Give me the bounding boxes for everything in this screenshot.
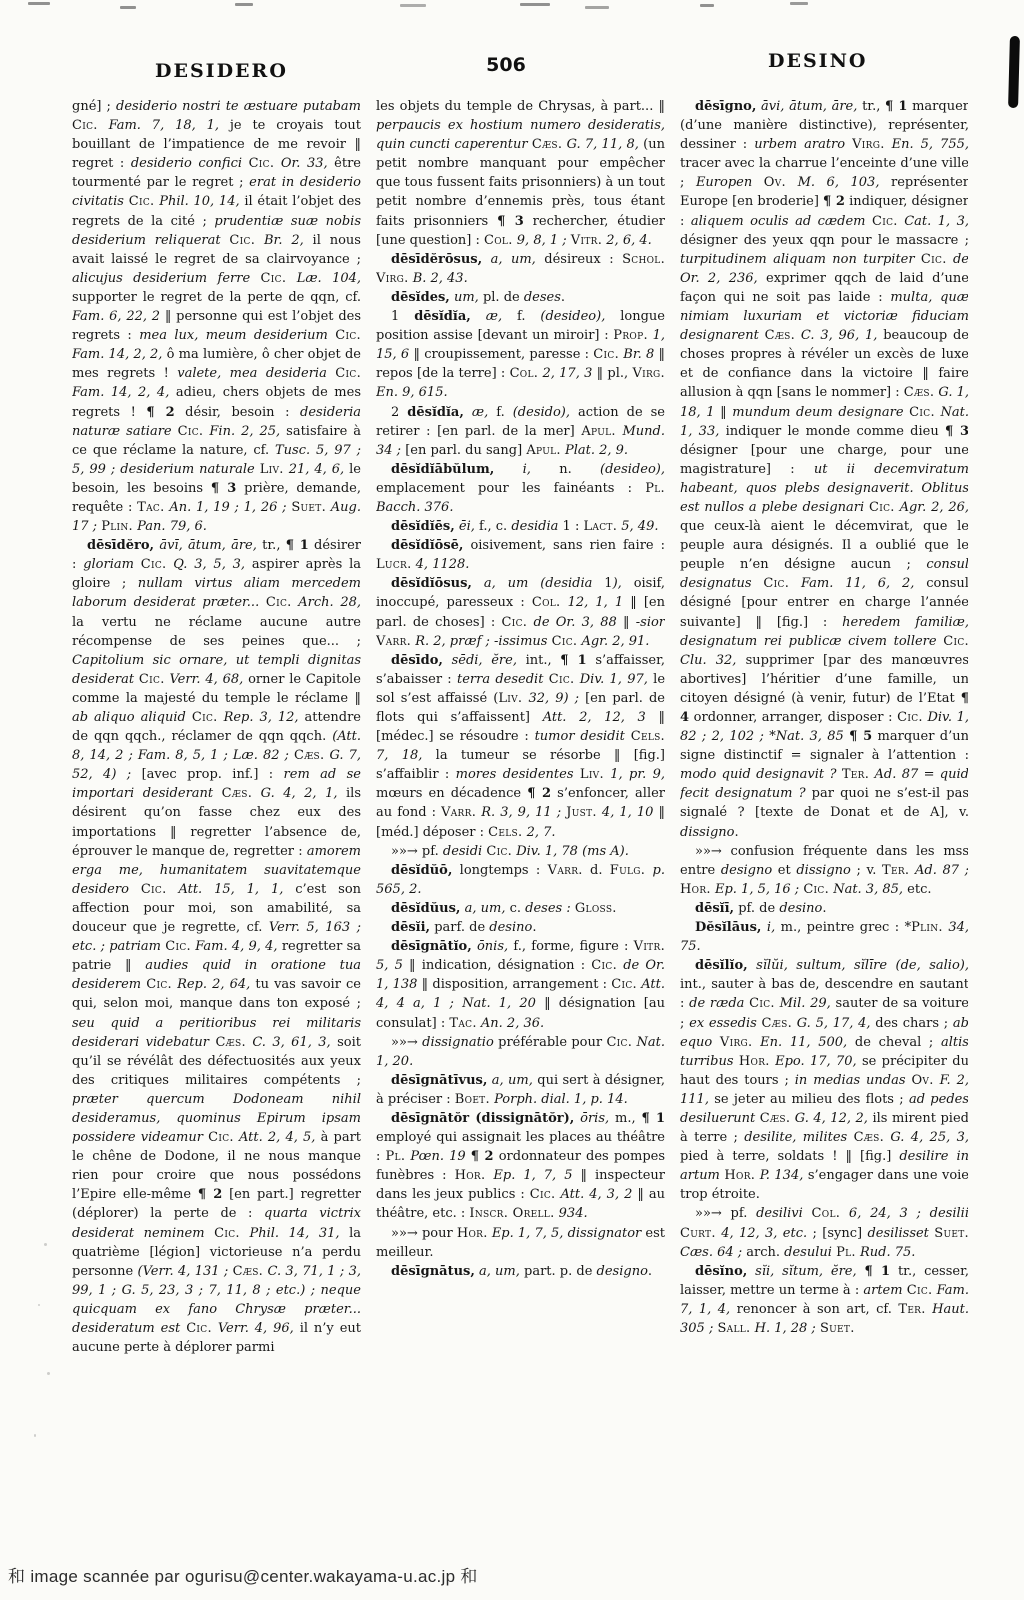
text-run: Cic. xyxy=(178,424,204,439)
text-run xyxy=(98,118,109,133)
dictionary-paragraph: dēsīgnātīvus, a, um, qui sert à désigner… xyxy=(376,1071,665,1109)
text-run: Cic. xyxy=(186,1321,212,1336)
text-run: »»→ pour xyxy=(391,1226,457,1241)
text-run: Pl. xyxy=(386,1149,406,1164)
text-run xyxy=(747,1264,755,1279)
text-run: Nat. 3, 85, xyxy=(833,882,903,897)
text-run: Cic. xyxy=(530,1187,556,1202)
text-run: Cic. xyxy=(869,500,895,515)
text-run: ¶ 1 xyxy=(865,1264,891,1279)
text-run: . xyxy=(822,901,826,916)
text-run: Q. 3, 5, 3, xyxy=(173,557,245,572)
scan-speck xyxy=(47,1372,50,1375)
text-run xyxy=(286,271,296,286)
text-run: Agr. 2, 26, xyxy=(900,500,968,515)
text-run: Varr. xyxy=(548,863,583,878)
text-run: dissignator xyxy=(568,1226,642,1241)
text-run xyxy=(712,1035,720,1050)
text-run: Rep. 2, 64, xyxy=(177,977,250,992)
text-run: Liv. xyxy=(260,462,284,477)
text-run: oisivement, sans rien faire : xyxy=(463,538,665,553)
text-run: Cic. xyxy=(141,882,167,897)
text-run: Ter. xyxy=(882,863,909,878)
text-run: Just. xyxy=(566,805,597,820)
text-run: Inscr. Orell. xyxy=(469,1206,554,1221)
text-run xyxy=(443,653,452,668)
text-run: 1 xyxy=(391,309,414,324)
scan-edge-dash xyxy=(28,2,50,5)
dictionary-paragraph: dēsĭdes, um, pl. de deses. xyxy=(376,288,665,307)
text-run: ‖ xyxy=(617,615,636,630)
text-run: Cic. xyxy=(214,1226,240,1241)
text-run: Br. 2, xyxy=(264,233,304,248)
text-run: Vitr. xyxy=(634,939,665,954)
text-run: C. 3, 61, 3, xyxy=(252,1035,330,1050)
text-run: Rud. 75. xyxy=(860,1245,915,1260)
text-run: i, xyxy=(523,462,531,477)
text-run: Cic. xyxy=(591,958,617,973)
text-run: Lucr. xyxy=(376,557,412,572)
text-run: ¶ 2 xyxy=(198,1187,222,1202)
text-run: désireux : xyxy=(536,252,622,267)
dictionary-paragraph: dēsĭi, parf. de desino. xyxy=(376,918,665,937)
text-run xyxy=(752,175,764,190)
text-run: Cic. xyxy=(606,1035,632,1050)
text-run: Prop. xyxy=(613,328,648,343)
text-run: um, xyxy=(454,290,479,305)
text-run: Cat. 1, 3, xyxy=(904,214,968,229)
text-run: Cic. xyxy=(943,634,968,649)
dictionary-columns: gné] ; desiderio nostri te æstuare putab… xyxy=(72,97,968,1549)
text-run: f. xyxy=(502,309,540,324)
text-run: Virg. xyxy=(632,366,665,381)
text-run: Fulg. xyxy=(610,863,645,878)
text-run: Vitr. xyxy=(571,233,602,248)
text-run: tumor desidit xyxy=(535,729,625,744)
text-run: dēsĭdĭa, xyxy=(414,309,471,324)
text-run: a, um, xyxy=(465,901,506,916)
text-run: d. xyxy=(583,863,610,878)
text-run: 4, 1128. xyxy=(416,557,470,572)
dictionary-paragraph: dēsĭdŭō, longtemps : Varr. d. Fulg. p. 5… xyxy=(376,861,665,899)
text-run: a, um, xyxy=(491,252,536,267)
text-run: Fam. 11, 6, 2, xyxy=(801,576,914,591)
text-run: mœurs en décadence xyxy=(376,786,527,801)
text-run: āvi, ātum, āre, xyxy=(761,99,857,114)
scan-edge-dash xyxy=(235,3,253,6)
dictionary-paragraph: 1 dēsĭdĭa, æ, f. (desideo), longue posit… xyxy=(376,307,665,402)
text-run: 1 xyxy=(592,576,612,591)
text-run: ‖ disposition, arrangement : xyxy=(417,977,611,992)
text-run: Cæs. xyxy=(294,748,324,763)
text-run xyxy=(482,252,490,267)
text-run: de ræda xyxy=(689,996,744,1011)
text-run: Cic. xyxy=(872,214,898,229)
text-run xyxy=(167,882,179,897)
dictionary-paragraph: dēsĭdĭōsē, oisivement, sans rien faire :… xyxy=(376,536,665,574)
text-run: 2 xyxy=(391,405,407,420)
column-right: dēsīgno, āvi, ātum, āre, tr., ¶ 1 marque… xyxy=(680,97,968,1549)
text-run: designo xyxy=(597,1264,648,1279)
text-run: An. 2, 36. xyxy=(481,1016,544,1031)
text-run: M. 6, 103, xyxy=(798,175,880,190)
text-run xyxy=(129,882,141,897)
text-run: Att. 15, 1, 1, xyxy=(178,882,283,897)
text-run: supporter le regret de la perte de qqn, … xyxy=(72,290,361,305)
text-run: Clu. 32, xyxy=(680,653,736,668)
dictionary-paragraph: dēsīdĕrōsus, a, um, désireux : Schol. Vi… xyxy=(376,250,665,288)
text-run: la vertu ne réclame aucune autre récompe… xyxy=(72,615,361,649)
text-run: arch. xyxy=(742,1245,784,1260)
text-run: Suet. xyxy=(934,1226,968,1241)
text-run: . xyxy=(532,920,536,935)
dictionary-paragraph: »»→ dissignatio préférable pour Cic. Nat… xyxy=(376,1033,665,1071)
text-run xyxy=(252,786,261,801)
dictionary-paragraph: 2 dēsĭdĭa, æ, f. (desido), action de se … xyxy=(376,403,665,460)
text-run: G. 7, 11, 8, xyxy=(567,137,639,152)
text-run: ¶ 3 xyxy=(945,424,968,439)
text-run: 1 : xyxy=(558,519,583,534)
text-run: Cic. xyxy=(803,882,829,897)
text-run xyxy=(840,1206,849,1221)
dictionary-paragraph: dēsīgnātus, a, um, part. p. de designo. xyxy=(376,1262,665,1281)
scan-speck xyxy=(44,1243,47,1246)
text-run: 1, pr. 9, xyxy=(610,767,665,782)
text-run: dēsĭdes, xyxy=(391,290,450,305)
text-run: 4, 12, 3, etc. xyxy=(721,1226,807,1241)
text-run: Cic. xyxy=(909,405,935,420)
text-run: Verr. 4, 68, xyxy=(169,672,243,687)
text-run: Or. 33, xyxy=(281,156,328,171)
text-run: Ep. 1, 7, 5 xyxy=(493,1168,572,1183)
dictionary-paragraph: dēsĭī, pf. de desino. xyxy=(680,899,968,918)
text-run xyxy=(494,462,522,477)
text-run: (desido), xyxy=(513,405,570,420)
text-run: gloriam xyxy=(83,557,134,572)
text-run: desino xyxy=(779,901,822,916)
dictionary-page: DESIDERO 506 DESINO gné] ; desiderio nos… xyxy=(0,0,1024,1600)
text-run: 5, 5 xyxy=(376,958,403,973)
text-run: Att. 4, 3, 2 xyxy=(561,1187,633,1202)
text-run: Hor. xyxy=(455,1168,486,1183)
text-run: Pl. xyxy=(645,481,665,496)
text-run: Gloss. xyxy=(575,901,617,916)
text-run: [avec prop. inf.] : xyxy=(131,767,283,782)
text-run: 9, 8, 1 ; xyxy=(517,233,567,248)
text-run: Epo. 17, 70, xyxy=(775,1054,857,1069)
text-run: Col. xyxy=(484,233,513,248)
text-run: designo xyxy=(721,863,772,878)
text-run: desidia xyxy=(511,519,558,534)
text-run: Cic. xyxy=(266,595,292,610)
text-run: patriam xyxy=(109,939,161,954)
text-run: Cic. xyxy=(261,271,287,286)
dictionary-paragraph: »»→ pf. desilivi Col. 6, 24, 3 ; desilii… xyxy=(680,1204,968,1261)
text-run: ¶ 1 xyxy=(560,653,586,668)
text-run: modo quid designavit ? xyxy=(680,767,836,782)
text-run: 32, 9) ; xyxy=(528,691,579,706)
text-run: En. 9, 615. xyxy=(376,385,448,400)
text-run: desilisset xyxy=(867,1226,928,1241)
text-run: parf. de xyxy=(430,920,489,935)
dictionary-paragraph: gné] ; desiderio nostri te æstuare putab… xyxy=(72,97,361,536)
text-run: Att. 2, 12, 3 xyxy=(543,710,646,725)
text-run: Plin. xyxy=(101,519,133,534)
text-run: artem xyxy=(863,1283,902,1298)
text-run: Liv. xyxy=(580,767,604,782)
text-run: Læ. 104, xyxy=(297,271,361,286)
column-left: gné] ; desiderio nostri te æstuare putab… xyxy=(72,97,361,1549)
text-run: deses : xyxy=(525,901,571,916)
text-run: ¶ 1 xyxy=(286,538,309,553)
text-run: dēsīgnātĭo, xyxy=(391,939,472,954)
text-run: æ, xyxy=(472,405,488,420)
text-run: R. 3, 9, 11 ; xyxy=(481,805,561,820)
text-run: Cic. xyxy=(335,328,361,343)
text-run: 4, 1, 10 xyxy=(602,805,654,820)
text-run: Varr. xyxy=(376,634,411,649)
text-run: ¶ 3 xyxy=(211,481,237,496)
text-run: Ter. xyxy=(898,1302,925,1317)
text-run: (desideo), xyxy=(540,309,605,324)
text-run: désigner des yeux qqn pour le massacre ; xyxy=(680,233,968,248)
text-run: Verr. 4, 96, xyxy=(218,1321,294,1336)
text-run: 12, 1, 1 xyxy=(568,595,624,610)
text-run: indiquer le monde comme dieu xyxy=(719,424,945,439)
text-run: Fam. 4, 9, 4, xyxy=(195,939,277,954)
text-run: āvī, ātum, āre, xyxy=(159,538,257,553)
text-run: désir, besoin : xyxy=(175,405,300,420)
text-run: Cic. xyxy=(749,996,775,1011)
text-run: Fam. 7, 18, 1, xyxy=(109,118,219,133)
text-run: f., forme, figure : xyxy=(508,939,633,954)
text-run: Liv. xyxy=(498,691,522,706)
text-run: ¶ 1 xyxy=(641,1111,665,1126)
text-run: Cic. xyxy=(146,977,172,992)
text-run: des chars ; xyxy=(871,1016,953,1031)
text-run: n. xyxy=(531,462,600,477)
text-run: Ter. xyxy=(842,767,869,782)
text-run xyxy=(789,576,801,591)
text-run: dēsĭdĭābŭlum, xyxy=(391,462,494,477)
text-run: Cic. xyxy=(502,615,528,630)
text-run: valete, mea desideria xyxy=(177,366,327,381)
text-run xyxy=(134,557,141,572)
scan-edge-dash xyxy=(585,6,609,9)
text-run xyxy=(560,595,567,610)
text-run: Cic. xyxy=(921,252,947,267)
text-run: Dĕsĭlāus, xyxy=(695,920,761,935)
text-run: Cic. xyxy=(763,576,789,591)
text-run: alicujus desiderium ferre xyxy=(72,271,250,286)
text-run: Tac. xyxy=(449,1016,476,1031)
text-run: G. 4, 25, 3, xyxy=(890,1130,968,1145)
dictionary-paragraph: dēsīgnātĭo, ōnis, f., forme, figure : Vi… xyxy=(376,937,665,1032)
text-run: de cheval ; xyxy=(847,1035,941,1050)
text-run: Lact. xyxy=(583,519,617,534)
text-run: int., xyxy=(517,653,560,668)
text-run: ‖ xyxy=(715,405,733,420)
dictionary-paragraph: les objets du temple de Chrysas, à part.… xyxy=(376,97,665,250)
text-run: Arch. 28, xyxy=(298,595,361,610)
text-run: dēsĭdŭō, xyxy=(391,863,452,878)
text-run: æ, xyxy=(486,309,502,324)
text-run: Cæs. xyxy=(765,328,795,343)
text-run: dēsĭī, xyxy=(695,901,734,916)
text-run: Cic. xyxy=(139,672,165,687)
text-run: ex essedis xyxy=(689,1016,757,1031)
text-run: Col. xyxy=(812,1206,841,1221)
text-run: Cæs. xyxy=(532,137,562,152)
text-run: tr., xyxy=(857,99,885,114)
text-run: Agr. 2, 91. xyxy=(581,634,649,649)
text-run: Plat. 2, 9. xyxy=(565,443,628,458)
text-run: Virg. xyxy=(720,1035,753,1050)
text-run: En. 5, 755, xyxy=(892,137,968,152)
text-run: dēsĭdŭus, xyxy=(391,901,460,916)
dictionary-paragraph: »»→ pf. desidi Cic. Div. 1, 78 (ms A). xyxy=(376,842,665,861)
text-run: ¶ 2 xyxy=(823,194,845,209)
text-run: ¶ 2 xyxy=(471,1149,494,1164)
dictionary-paragraph: dēsĭdĭōsus, a, um (desidia 1), oisif, in… xyxy=(376,574,665,650)
text-run: part. p. de xyxy=(520,1264,597,1279)
text-run: ¶ 1 xyxy=(885,99,907,114)
text-run: -issimus xyxy=(494,634,547,649)
text-run xyxy=(857,1264,865,1279)
text-run: (desideo), xyxy=(600,462,665,477)
text-run xyxy=(205,1226,215,1241)
text-run xyxy=(472,576,484,591)
text-run: longtemps : xyxy=(452,863,547,878)
dictionary-paragraph: dēsĭdĭēs, ēi, f., c. desidia 1 : Lact. 5… xyxy=(376,517,665,536)
text-run: Ov. xyxy=(764,175,786,190)
text-run: [en parl. du sang] xyxy=(401,443,526,458)
text-run: Cic. xyxy=(907,1283,933,1298)
running-head-right: DESINO xyxy=(768,50,868,72)
text-run: mea lux, meum desiderium xyxy=(139,328,328,343)
text-run: sĭi, sĭtum, ĕre, xyxy=(755,1264,856,1279)
text-run: Att. 2, 4, 5, xyxy=(239,1130,315,1145)
text-run: dēsīdo, xyxy=(391,653,443,668)
text-run: les objets du temple de Chrysas, à part.… xyxy=(376,99,665,114)
text-run: -sior xyxy=(636,615,665,630)
scan-artifact-mark xyxy=(1008,36,1020,108)
text-run: a, um, xyxy=(492,1073,533,1088)
text-run: Cæs. xyxy=(762,1016,792,1031)
text-run: Cæs. xyxy=(233,1264,263,1279)
text-run: Fin. 2, 25, xyxy=(209,424,280,439)
text-run xyxy=(803,1206,812,1221)
text-run xyxy=(255,233,264,248)
text-run: f., c. xyxy=(475,519,511,534)
text-run: Pœn. 19 xyxy=(410,1149,465,1164)
text-run xyxy=(464,405,472,420)
text-run: . xyxy=(648,1264,652,1279)
text-run: Plin. xyxy=(911,920,943,935)
text-run: Phil. 10, 14, xyxy=(159,194,239,209)
text-run: = xyxy=(918,767,940,782)
text-run: ab aliquo aliquid xyxy=(72,710,186,725)
text-run: gné] ; xyxy=(72,99,116,114)
text-run: Europen xyxy=(696,175,752,190)
text-run: mundum deum designare xyxy=(732,405,903,420)
text-run: pied à terre, soldats ! ‖ [fig.] xyxy=(680,1149,899,1164)
text-run: Cæs. xyxy=(222,786,252,801)
text-run: emplacement pour les fainéants : xyxy=(376,481,645,496)
text-run: Rep. 3, 12, xyxy=(224,710,299,725)
text-run: mores desidentes xyxy=(456,767,574,782)
text-run: Suet. xyxy=(820,1321,855,1336)
text-run: Tac. xyxy=(137,500,164,515)
text-run: Cæs. xyxy=(904,385,934,400)
text-run: deses xyxy=(524,290,561,305)
text-run: Cic. xyxy=(611,977,637,992)
text-run: Hor. xyxy=(457,1226,488,1241)
text-run: Varr. xyxy=(441,805,476,820)
text-run: 21, 4, 6, xyxy=(289,462,344,477)
text-run: ¶ 2 xyxy=(527,786,551,801)
text-run: P. 134, xyxy=(760,1168,804,1183)
text-run: ¶ 2 xyxy=(146,405,174,420)
text-run: dēsĭdĭa, xyxy=(407,405,464,420)
scan-speck xyxy=(38,1304,40,1306)
text-run: dissignatio xyxy=(422,1035,494,1050)
text-run: Ep. 1, 7, 5, xyxy=(492,1226,564,1241)
text-run: ¶ 3 xyxy=(497,214,524,229)
text-run: dēsĭdĭēs, xyxy=(391,519,455,534)
dictionary-paragraph: Dĕsĭlāus, i, m., peintre grec : *Plin. 3… xyxy=(680,918,968,956)
text-run: ¶ 5 xyxy=(849,729,872,744)
text-run: 6, 24, 3 ; xyxy=(849,1206,921,1221)
text-run: Sall. xyxy=(717,1321,750,1336)
text-run: Boet. xyxy=(455,1092,490,1107)
text-run: 2, 6, 4. xyxy=(606,233,651,248)
text-run: Pan. 79, 6. xyxy=(137,519,207,534)
dictionary-paragraph: »»→ pour Hor. Ep. 1, 7, 5, dissignator e… xyxy=(376,1224,665,1262)
dictionary-paragraph: »»→ confusion fréquente dans les mss ent… xyxy=(680,842,968,899)
text-run xyxy=(645,863,652,878)
text-run: 2, 7. xyxy=(527,825,556,840)
text-run: i, xyxy=(767,920,775,935)
text-run: R. 2, præf ; xyxy=(415,634,490,649)
column-middle: les objets du temple de Chrysas, à part.… xyxy=(376,97,665,1549)
text-run: Cic. xyxy=(129,194,155,209)
text-run: 2, 17, 3 xyxy=(542,366,592,381)
text-run: Hor. xyxy=(680,882,711,897)
text-run: En. 11, 500, xyxy=(760,1035,847,1050)
dictionary-paragraph: dēsĭdŭus, a, um, c. deses : Gloss. xyxy=(376,899,665,918)
text-run: dēsĭlĭo, xyxy=(695,958,748,973)
text-run: Mil. 29, xyxy=(780,996,831,1011)
scan-edge-dash xyxy=(700,4,714,7)
text-run: Porph. dial. 1, p. 14. xyxy=(494,1092,628,1107)
text-run: Div. 1, 78 (ms A). xyxy=(516,844,629,859)
page-number: 506 xyxy=(456,54,556,76)
text-run: B. 2, 43. xyxy=(413,271,468,286)
text-run xyxy=(786,175,798,190)
text-run: . xyxy=(561,290,565,305)
text-run: ōnis, xyxy=(477,939,508,954)
text-run: etc. xyxy=(903,882,931,897)
text-run: renoncer à son art, cf. xyxy=(730,1302,898,1317)
text-run: m., peintre grec : * xyxy=(775,920,911,935)
text-run: Fam. 14, 2, 4, xyxy=(72,385,169,400)
text-run: Cic. xyxy=(335,366,361,381)
text-run: desilite, milites xyxy=(744,1130,847,1145)
text-run: ), xyxy=(613,576,622,591)
text-run: Col. xyxy=(510,366,539,381)
text-run: Cic. xyxy=(549,672,575,687)
